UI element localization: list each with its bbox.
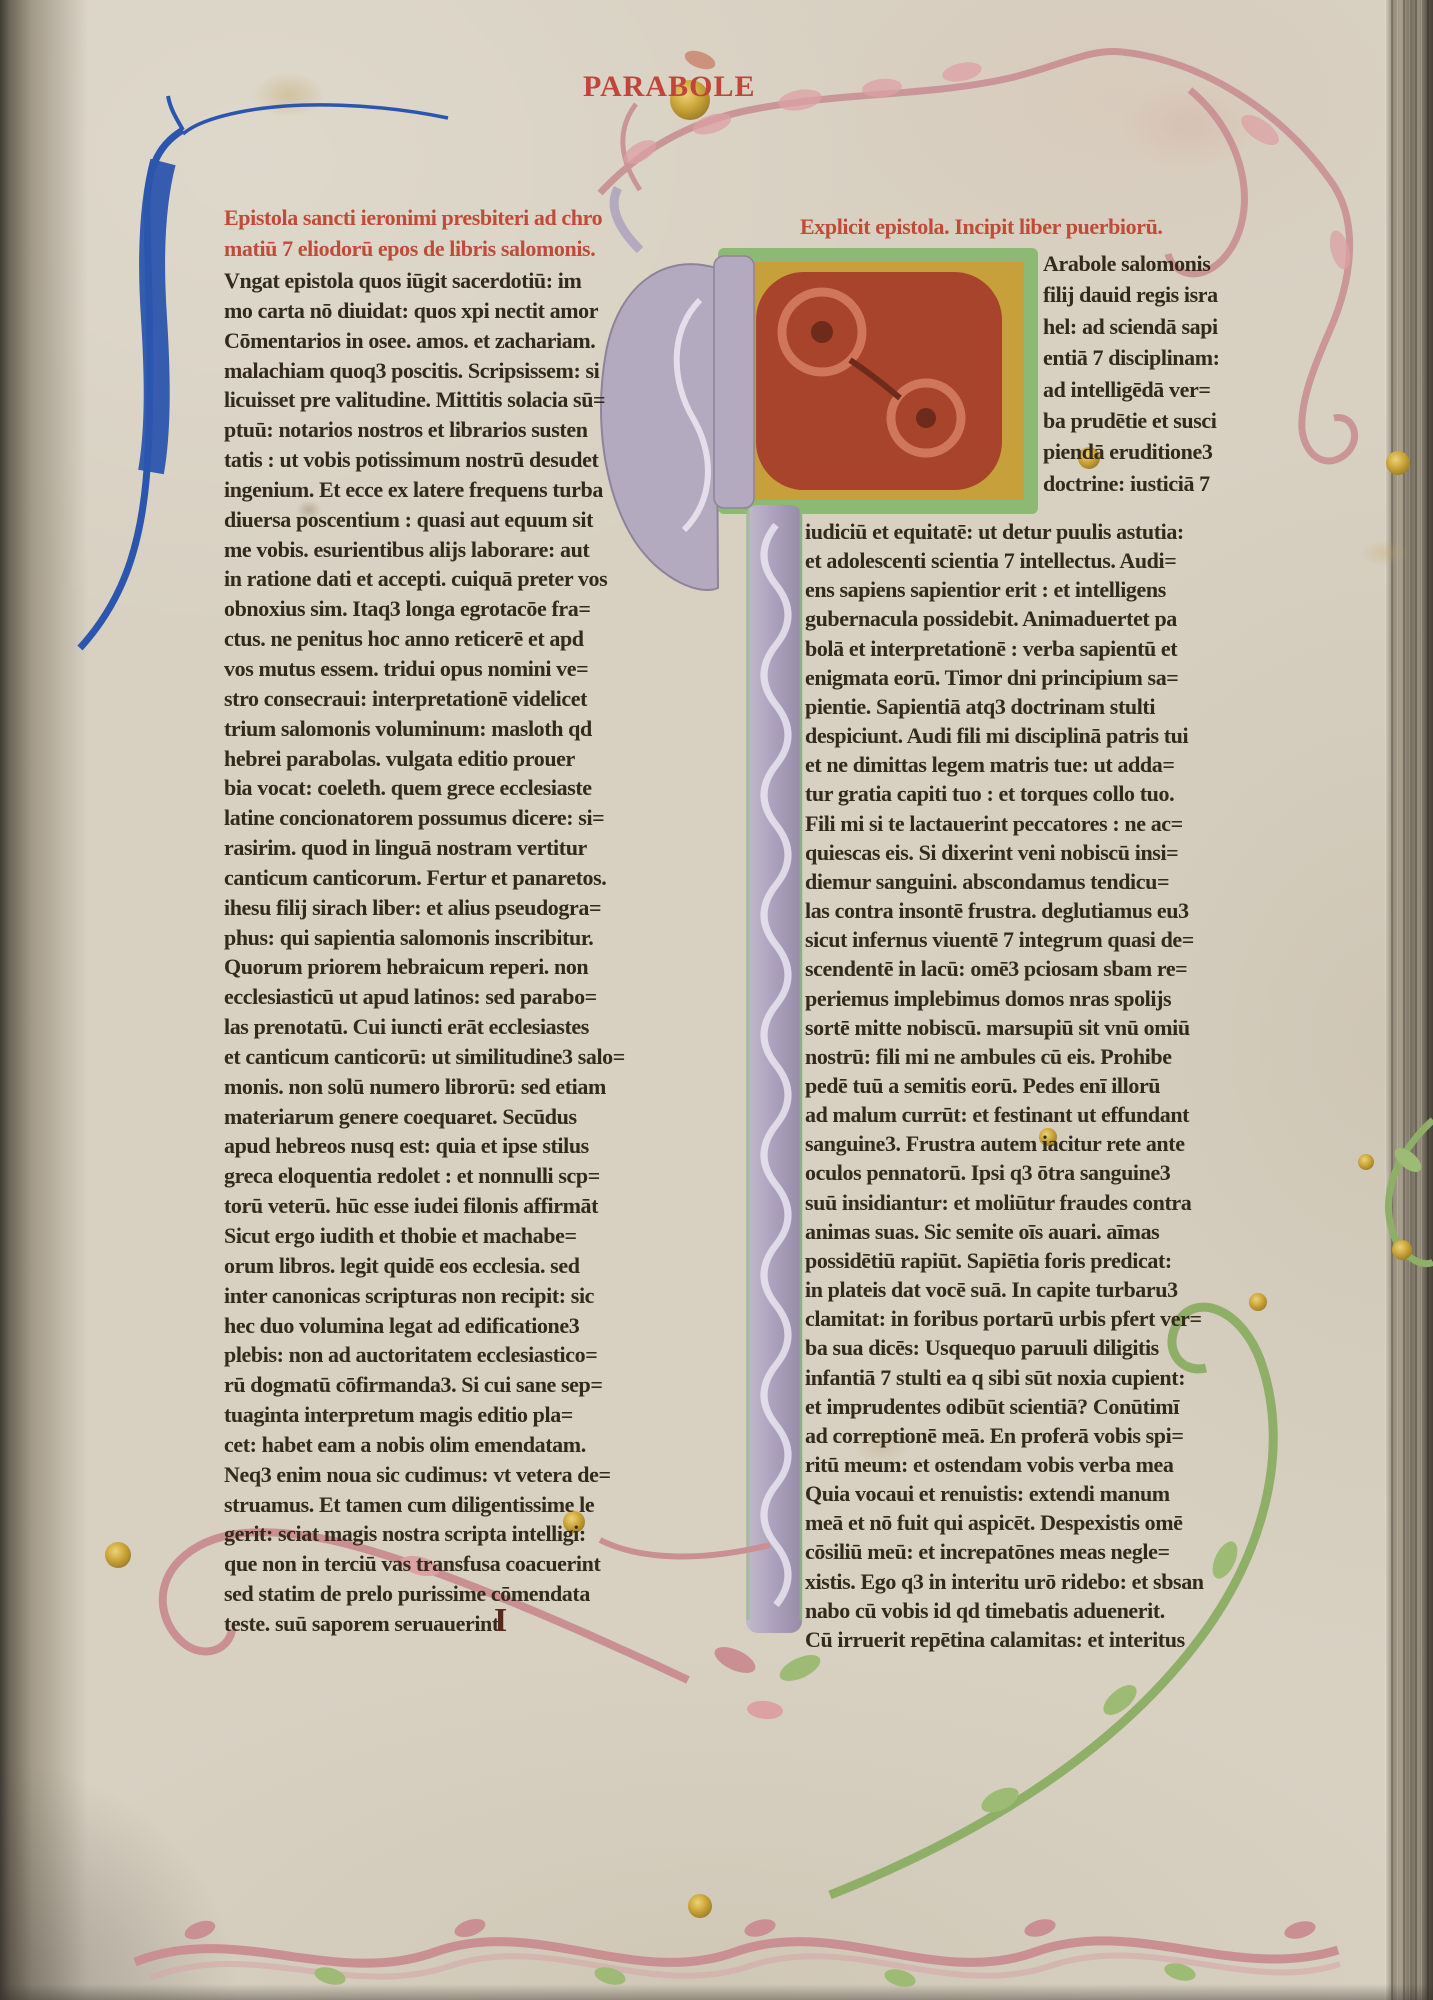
gold-dot [1358,1154,1374,1170]
text-line: et canticum canticorū: ut similitudine3 … [224,1042,702,1072]
text-line: sanguine3. Frustra autem iacitur rete an… [805,1129,1251,1158]
text-line: mo carta nō diuidat: quos xpi nectit amo… [224,296,702,326]
text-line: oculos pennatorū. Ipsi q3 ōtra sanguine3 [805,1158,1251,1187]
text-line: Sicut ergo iudith et thobie et machabe= [224,1221,702,1251]
text-line: ens sapiens sapientior erit : et intelli… [805,575,1251,604]
text-line: Fili mi si te lactauerint peccatores : n… [805,809,1251,838]
text-line: iudiciū et equitatē: ut detur puulis ast… [805,517,1251,546]
text-line: plebis: non ad auctoritatem ecclesiastic… [224,1340,702,1370]
text-line: nostrū: fili mi ne ambules cū eis. Prohi… [805,1042,1251,1071]
initial-letter-stem [746,505,802,1633]
text-line: me vobis. esurientibus alijs laborare: a… [224,535,702,565]
text-line: xistis. Ego q3 in interitu urō ridebo: e… [805,1567,1251,1596]
text-line: ecclesiasticū ut apud latinos: sed parab… [224,982,702,1012]
text-line: sed statim de prelo purissime cōmendata [224,1579,702,1609]
text-line: piendā eruditione3 [1043,436,1249,467]
text-line: entiā 7 disciplinam: [1043,342,1249,373]
text-line: et ne dimittas legem matris tue: ut adda… [805,750,1251,779]
text-line: pedē tuū a semitis eorū. Pedes enī illor… [805,1071,1251,1100]
text-line: ad malum currūt: et festinant ut effunda… [805,1100,1251,1129]
text-line: que non in terciū vas transfusa coacueri… [224,1549,702,1579]
text-line: infantiā 7 stulti ea q sibi sūt noxia cu… [805,1363,1251,1392]
text-line: in ratione dati et accepti. cuiquā prete… [224,564,702,594]
gold-dot [688,1894,712,1918]
text-line: Neq3 enim noua sic cudimus: vt vetera de… [224,1460,702,1490]
running-title: PARABOLE [583,70,783,104]
text-line: quiescas eis. Si dixerint veni nobiscū i… [805,838,1251,867]
text-line: materiarum genere coequaret. Secūdus [224,1102,702,1132]
text-line: licuisset pre valitudine. Mittitis solac… [224,385,702,415]
text-line: et imprudentes odibūt scientiā? Conūtimī [805,1392,1251,1421]
text-line: scendentē in lacū: omē3 pciosam sbam re= [805,954,1251,983]
text-line: teste. suū saporem seruauerint. [224,1609,702,1639]
initial-floral-panel [756,272,1002,490]
text-line: ritū meum: et ostendam vobis verba mea [805,1450,1251,1479]
text-line: despiciunt. Audi fili mi disciplinā patr… [805,721,1251,750]
text-line: obnoxius sim. Itaq3 longa egrotacōe fra= [224,594,702,624]
text-line: nabo cū vobis id qd timebatis aduenerit. [805,1596,1251,1625]
text-line: malachiam quoq3 poscitis. Scripsissem: s… [224,356,702,386]
text-line: Quia vocaui et renuistis: extendi manum [805,1479,1251,1508]
text-line: filij dauid regis isra [1043,279,1249,310]
text-line: sicut infernus viuentē 7 integrum quasi … [805,925,1251,954]
text-line: gubernacula possidebit. Animaduertet pa [805,604,1251,633]
text-line: trium salomonis voluminum: masloth qd [224,714,702,744]
text-line: greca eloquentia redolet : et nonnulli s… [224,1161,702,1191]
text-line: struamus. Et tamen cum diligentissime le [224,1490,702,1520]
text-line: rū dogmatū cōfirmanda3. Si cui sane sep= [224,1370,702,1400]
text-line: possidētiū rapiūt. Sapiētia foris predic… [805,1246,1251,1275]
text-line: cōsiliū meū: et increpatōnes meas negle= [805,1537,1251,1566]
text-line: apud hebreos nusq est: quia et ipse stil… [224,1131,702,1161]
bottom-border-garland [135,1915,1340,1989]
text-line: tatis : ut vobis potissimum nostrū desud… [224,445,702,475]
text-line: vos mutus essem. tridui opus nomini ve= [224,654,702,684]
text-line: pientie. Sapientiā atq3 doctrinam stulti [805,692,1251,721]
text-line: suū insidiantur: et moliūtur fraudes con… [805,1188,1251,1217]
text-line: las contra insontē frustra. deglutiamus … [805,896,1251,925]
book-fore-edge-pages [1385,0,1433,2000]
rubric-line: matiū 7 eliodorū epos de libris salomoni… [224,233,702,264]
text-line: clamitat: in foribus portarū urbis pfert… [805,1304,1251,1333]
text-line: ihesu filij sirach liber: et alius pseud… [224,893,702,923]
text-line: cet: habet eam a nobis olim emendatam. [224,1430,702,1460]
rubric-line: Explicit epistola. Incipit liber puerbio… [800,212,1248,242]
parchment-stain [1120,80,1260,170]
text-line: tuaginta interpretum magis editio pla= [224,1400,702,1430]
text-line: torū veterū. hūc esse iudei filonis affi… [224,1191,702,1221]
gold-dot [1249,1293,1267,1311]
text-line: inter canonicas scripturas non recipit: … [224,1281,702,1311]
signature-mark: I [494,1602,507,1640]
text-line: et adolescenti scientia 7 intellectus. A… [805,546,1251,575]
text-line: ba prudētie et susci [1043,405,1249,436]
text-line: ad intelligēdā ver= [1043,374,1249,405]
text-line: orum libros. legit quidē eos ecclesia. s… [224,1251,702,1281]
text-line: diemur sanguini. abscondamus tendicu= [805,867,1251,896]
right-column-rubric: Explicit epistola. Incipit liber puerbio… [800,212,1248,242]
text-line: enigmata eorū. Timor dni principium sa= [805,663,1251,692]
text-line: ptuū: notarios nostros et librarios sust… [224,415,702,445]
text-line: bia vocat: coeleth. quem grece ecclesias… [224,773,702,803]
text-line: Vngat epistola quos iūgit sacerdotiū: im [224,266,702,296]
text-line: periemus implebimus domos nras spolijs [805,984,1251,1013]
text-line: latine concionatorem possumus dicere: si… [224,803,702,833]
text-line: ba sua dicēs: Usquequo paruuli diligitis [805,1333,1251,1362]
left-column-text: Vngat epistola quos iūgit sacerdotiū: im… [224,266,702,1639]
text-line: in plateis dat vocē suā. In capite turba… [805,1275,1251,1304]
text-line: monis. non solū numero librorū: sed etia… [224,1072,702,1102]
text-line: rasirim. quod in linguā nostram vertitur [224,833,702,863]
text-line: ctus. ne penitus hoc anno reticerē et ap… [224,624,702,654]
text-line: hec duo volumina legat ad edificatione3 [224,1311,702,1341]
left-column-rubric: Epistola sancti ieronimi presbiteri ad c… [224,202,702,264]
text-line: Cōmentarios in osee. amos. et zachariam. [224,326,702,356]
text-line: Cū irruerit repētina calamitas: et inter… [805,1625,1251,1654]
text-line: Arabole salomonis [1043,248,1249,279]
text-line: canticum canticorum. Fertur et panaretos… [224,863,702,893]
text-line: phus: qui sapientia salomonis inscribitu… [224,923,702,953]
text-line: meā et nō fuit qui aspicēt. Despexistis … [805,1508,1251,1537]
parchment-stain [252,72,326,118]
text-line: gerit: sciat magis nostra scripta intell… [224,1519,702,1549]
text-line: hel: ad sciendā sapi [1043,311,1249,342]
right-column-text-beside-initial: Arabole salomonisfilij dauid regis israh… [1043,248,1249,499]
text-line: doctrine: iusticiā 7 [1043,468,1249,499]
illuminated-initial-frame [714,248,1038,514]
text-line: stro consecraui: interpretationē videlic… [224,684,702,714]
gold-dot [105,1542,131,1568]
text-line: animas suas. Sic semite oīs auari. aīmas [805,1217,1251,1246]
book-gutter-shadow [0,0,90,2000]
corner-shadow [0,1760,240,2000]
text-line: Quorum priorem hebraicum reperi. non [224,952,702,982]
right-column-text: iudiciū et equitatē: ut detur puulis ast… [805,517,1251,1654]
text-line: sortē mitte nobiscū. marsupiū sit vnū om… [805,1013,1251,1042]
text-line: tur gratia capiti tuo : et torques collo… [805,779,1251,808]
rubric-line: Epistola sancti ieronimi presbiteri ad c… [224,202,702,233]
text-line: hebrei parabolas. vulgata editio prouer [224,744,702,774]
text-line: ingenium. Et ecce ex latere frequens tur… [224,475,702,505]
text-line: las prenotatū. Cui iuncti erāt ecclesias… [224,1012,702,1042]
manuscript-page: PARABOLE Epistola sancti ieronimi presbi… [0,0,1433,2000]
text-line: bolā et interpretationē : verba sapientū… [805,634,1251,663]
text-line: ad correptionē meā. En proferā vobis spi… [805,1421,1251,1450]
text-line: diuersa poscentium : quasi aut equum sit [224,505,702,535]
